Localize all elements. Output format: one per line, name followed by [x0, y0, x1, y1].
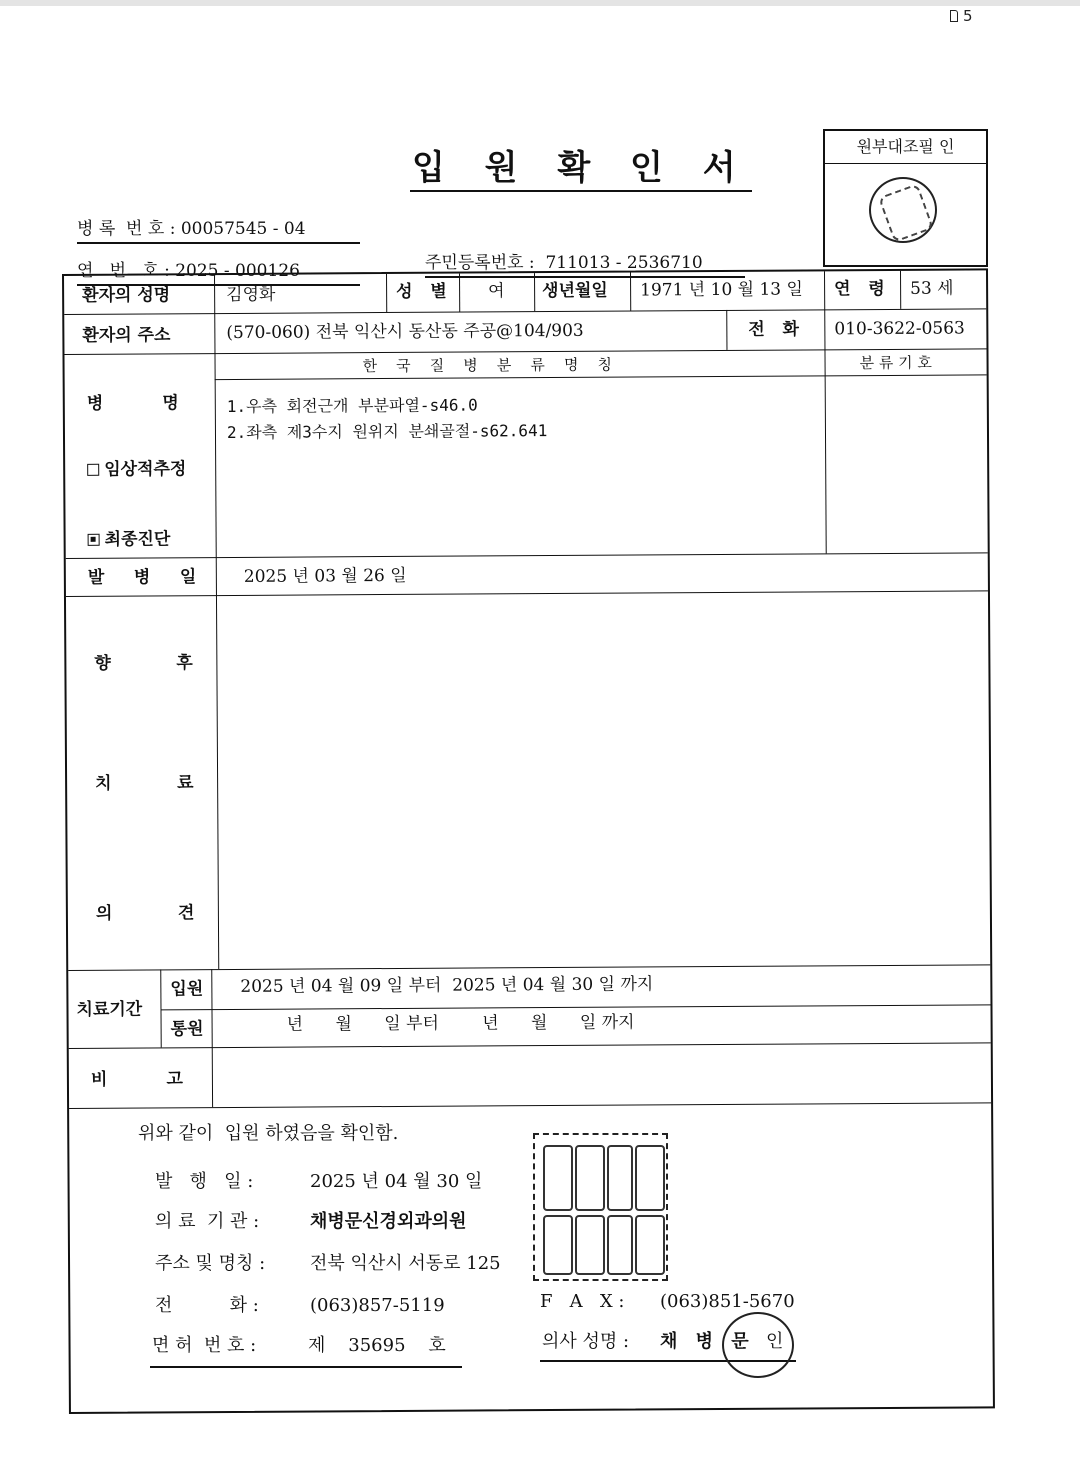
document-title: 입 원 확 인 서 [410, 148, 752, 192]
institution-phone-label: 전 화 : [155, 1296, 259, 1316]
phone-value: 010-3622-0563 [834, 318, 965, 339]
original-verification-box: 원부대조필 인 [823, 129, 988, 267]
inpatient-label: 입원 [170, 979, 203, 999]
opinion-label-3: 치 [95, 774, 112, 794]
fax-label: F A X : [540, 1292, 624, 1312]
record-number-line: 병 록 번 호 : 00057545 - 04 [77, 214, 360, 244]
treatment-period-label: 치료기간 [76, 1000, 142, 1020]
age-label: 연 령 [834, 279, 885, 299]
opinion-label-1: 향 [94, 654, 111, 674]
doctor-label: 의사 성명 : [542, 1332, 629, 1352]
opinion-label-5: 의 [96, 904, 113, 924]
diagnosis-label: 병 명 [87, 393, 179, 414]
opinion-label-4: 료 [177, 773, 194, 793]
institution-address: 전북 익산시 서동로 125 [310, 1254, 501, 1274]
final-diagnosis-option[interactable]: 최종진단 [88, 529, 171, 550]
admission-form-table: 환자의 성명 김영화 성 별 여 생년월일 1971 년 10 월 13 일 연… [62, 268, 995, 1414]
opinion-label-2: 후 [176, 653, 193, 673]
institution-phone: (063)857-5119 [310, 1296, 445, 1316]
patient-name-label: 환자의 성명 [82, 285, 170, 306]
page-indicator[interactable]: 5 [950, 7, 973, 25]
record-number: 00057545 - 04 [181, 219, 306, 239]
viewer-top-bar [0, 0, 1080, 6]
license-number: 제 35695 호 [308, 1336, 446, 1356]
sex-label: 성 별 [396, 282, 447, 302]
dob-value: 1971 년 10 월 13 일 [640, 279, 803, 300]
issue-date: 2025 년 04 월 30 일 [310, 1172, 482, 1192]
verification-seal-stamp [869, 177, 937, 243]
onset-date: 2025 년 03 월 26 일 [244, 566, 407, 587]
kcd-header: 한 국 질 병 분 류 명 칭 [363, 355, 613, 377]
confirmation-statement: 위와 같이 입원 하였음을 확인함. [138, 1124, 398, 1144]
fax-number: (063)851-5670 [660, 1292, 795, 1312]
patient-name: 김영화 [226, 285, 275, 305]
clinical-estimate-label: 임상적추정 [104, 459, 186, 480]
institution-seal-stamp [533, 1133, 668, 1281]
license-label: 면 허 번 호 : [152, 1336, 256, 1356]
final-diagnosis-label: 최종진단 [105, 529, 171, 549]
clinical-estimate-option[interactable]: 임상적추정 [87, 459, 186, 480]
phone-label: 전 화 [748, 319, 799, 339]
page-number: 5 [963, 7, 973, 25]
diagnosis-item-2: 2.좌측 제3수지 원위지 분쇄골절-s62.641 [227, 421, 547, 443]
dob-label: 생년월일 [542, 281, 608, 301]
patient-address-label: 환자의 주소 [82, 325, 170, 346]
outpatient-period: 년 월 일 부터 년 월 일 까지 [287, 1013, 635, 1035]
opinion-label-6: 견 [178, 903, 195, 923]
patient-address: (570-060) 전북 익산시 동산동 주공@104/903 [226, 321, 583, 343]
code-header: 분 류 기 호 [859, 353, 931, 373]
institution-name: 채병문신경외과의원 [310, 1212, 467, 1232]
resident-number-label: 주민등록번호 : [425, 253, 545, 273]
clinical-estimate-checkbox[interactable] [87, 464, 99, 476]
onset-label: 발 병 일 [88, 567, 197, 588]
final-diagnosis-checkbox[interactable] [88, 534, 100, 546]
record-number-label: 병 록 번 호 : [77, 219, 181, 239]
institution-label: 의 료 기 관 : [155, 1212, 259, 1232]
address-label: 주소 및 명칭 : [155, 1254, 265, 1274]
diagnosis-item-1: 1.우측 회전근개 부분파열-s46.0 [227, 395, 478, 417]
inpatient-period: 2025 년 04 월 09 일 부터 2025 년 04 월 30 일 까지 [240, 974, 653, 997]
original-verification-title: 원부대조필 인 [825, 131, 986, 164]
sex-value: 여 [488, 281, 505, 301]
remarks-label: 비 고 [91, 1069, 183, 1090]
doctor-seal-stamp [722, 1312, 794, 1378]
issue-date-label: 발 행 일 : [155, 1172, 253, 1192]
page-icon [950, 10, 958, 22]
age-value: 53 세 [910, 279, 954, 299]
outpatient-label: 통원 [171, 1019, 204, 1039]
